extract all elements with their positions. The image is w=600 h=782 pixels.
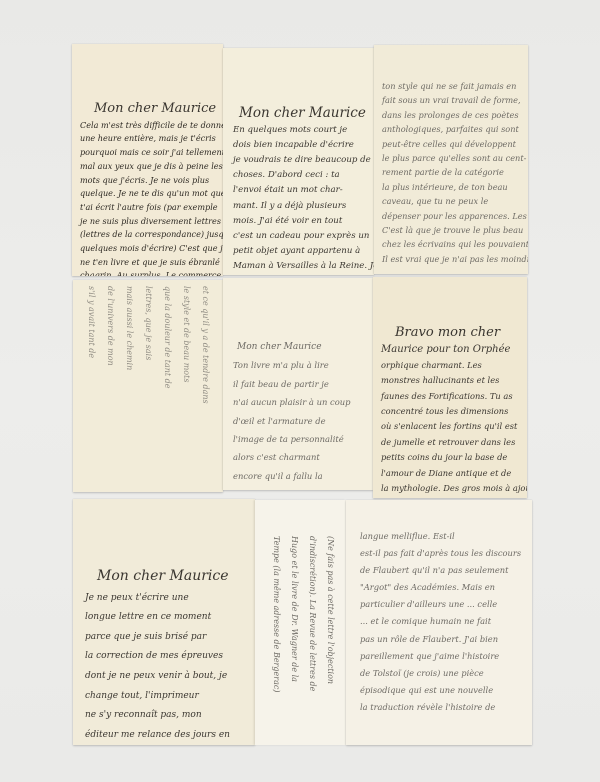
letter-line: parce que je suis brisé par: [85, 628, 230, 648]
letter-line: fait sous un vrai travail de forme,: [382, 93, 528, 107]
letter-line: (Ne fais pas à cette lettre l'objection: [321, 536, 339, 692]
letter-page-middle-middle: Mon cher Maurice Ton livre m'a plu à lir…: [223, 278, 373, 490]
letter-line: d'indiscrétion). La Revue de lettres de: [303, 536, 321, 692]
letter-line: la traduction révèle l'histoire de: [360, 699, 521, 716]
letter-line: épisodique qui est une nouvelle: [360, 682, 521, 699]
letter-insert-bottom-middle: (Ne fais pas à cette lettre l'objection …: [255, 500, 346, 745]
letter-salutation: Mon cher Maurice: [97, 567, 230, 587]
letter-line: pas un rôle de Flaubert. J'ai bien: [360, 631, 521, 648]
letter-line: ... et le comique humain ne fait: [360, 613, 521, 630]
letter-line: ton style qui ne se fait jamais en: [382, 79, 528, 93]
letter-line: je voudrais te dire beaucoup de: [233, 153, 374, 168]
letter-page-bottom-right: langue melliflue. Est-il est-il pas fait…: [346, 500, 532, 745]
letter-line: faunes des Fortifications. Tu as: [381, 389, 527, 404]
letter-page-bottom-left: Mon cher Maurice Je ne peux t'écrire une…: [73, 499, 255, 745]
letter-line: En quelques mots court je: [233, 123, 374, 138]
letter-line: C'est là que je trouve le plus beau: [382, 223, 528, 237]
letter-line: langue melliflue. Est-il: [360, 528, 521, 545]
letter-page-middle-left: et ce qu'il y a de tendre dans le style …: [73, 280, 223, 492]
letter-line: de l'univers de mon: [101, 286, 120, 404]
letter-line: Hugo et le livre de Dr. Wagner de la: [285, 536, 303, 692]
letter-line: ne t'en livre et que je suis ébranlé: [80, 256, 223, 270]
letter-line: dois bien incapable d'écrire: [233, 138, 374, 153]
letter-line: quelques mois d'écrire) C'est que je: [80, 242, 223, 256]
letter-line: s'il y avait tant de: [82, 286, 101, 404]
letter-line: d'œil et l'armature de: [233, 412, 351, 430]
letter-line: de Tolstoï (je crois) une pièce: [360, 665, 521, 682]
letter-line: mois. J'ai été voir en tout: [233, 214, 374, 229]
letter-line: t'ai écrit l'autre fois (par exemple: [80, 201, 223, 215]
letter-line: Maurice pour ton Orphée: [381, 342, 527, 357]
letter-line: une heure entière, mais je t'écris: [80, 132, 223, 146]
letter-line: mots que j'écris. Je ne vois plus: [80, 174, 223, 188]
letter-page-top-middle: Mon cher Maurice En quelques mots court …: [223, 48, 374, 275]
letter-line: Ton livre m'a plu à lire: [233, 356, 351, 374]
letter-line: de Flaubert qu'il n'a pas seulement: [360, 562, 521, 579]
letter-salutation: Mon cher Maurice: [237, 338, 351, 356]
letter-line: mal aux yeux que je dis à peine les: [80, 160, 223, 174]
letter-salutation: Mon cher Maurice: [239, 106, 374, 121]
letter-line: où s'enlacent les fortins qu'il est: [381, 419, 527, 434]
letter-salutation: Bravo mon cher: [395, 325, 527, 340]
letter-line: mant. Il y a déjà plusieurs: [233, 199, 374, 214]
letter-line: il fait beau de partir je: [233, 375, 351, 393]
letter-line: alors c'est charmant: [233, 448, 351, 466]
photograph: Mon cher Maurice Cela m'est très diffici…: [0, 0, 600, 782]
letter-line: que la douleur de tant de: [158, 286, 177, 404]
letter-line: la mythologie. Des gros mois à ajouter: [381, 481, 527, 496]
letter-line: peut-être celles qui développent: [382, 137, 528, 151]
letter-line: quelque. Je ne te dis qu'un mot que je: [80, 187, 223, 201]
letter-page-top-right: ton style qui ne se fait jamais en fait …: [374, 45, 528, 274]
letter-line: lettres, que je sais: [139, 286, 158, 404]
letter-line: change tout, l'imprimeur: [85, 687, 230, 707]
letter-line: chez les écrivains qui les pouvaient.: [382, 237, 528, 251]
letter-line: c'est un cadeau pour exprès un: [233, 229, 374, 244]
letter-line: anthologiques, parfaites qui sont: [382, 122, 528, 136]
letter-line: Il est vrai que je n'ai pas les moindres: [382, 252, 528, 266]
letter-line: le style et de beau mots: [177, 286, 196, 404]
letter-line: le plus parce qu'elles sont au cent-: [382, 151, 528, 165]
letter-line: chagrin. Au surplus. Le commerce: [80, 269, 223, 276]
letter-line: l'envoi était un mot char-: [233, 183, 374, 198]
letter-line: je ne suis plus diversement lettres que …: [80, 215, 223, 229]
letter-line: mais aussi le chemin: [120, 286, 139, 404]
letter-line: concentré tous les dimensions: [381, 404, 527, 419]
letter-line: particulier d'ailleurs une ... celle: [360, 596, 521, 613]
letter-line: Tempe (la même adresse de Bergerac): [267, 536, 285, 692]
letter-line: dans les prolonges de ces poètes: [382, 108, 528, 122]
letter-line: la plus intérieure, de ton beau: [382, 180, 528, 194]
letter-line: orphique charmant. Les: [381, 358, 527, 373]
letter-line: monstres hallucinants et les: [381, 373, 527, 388]
letter-line: Maman à Versailles à la Reine. Je: [233, 259, 374, 274]
letter-line: l'amour de Diane antique et de: [381, 466, 527, 481]
letter-line: de jumelle et retrouver dans les: [381, 435, 527, 450]
letter-line: longue lettre en ce moment: [85, 608, 230, 628]
letter-line: choses. D'abord ceci : ta: [233, 168, 374, 183]
letter-page-top-left: Mon cher Maurice Cela m'est très diffici…: [72, 44, 223, 276]
letter-line: l'image de ta personnalité: [233, 430, 351, 448]
letter-line: réclamer de livre de cadre: [233, 485, 351, 490]
letter-line: Je ne peux t'écrire une: [85, 589, 230, 609]
letter-line: ne s'y reconnaît pas, mon: [85, 706, 230, 726]
letter-line: petits coins du jour la base de: [381, 450, 527, 465]
letter-line: est-il pas fait d'après tous les discour…: [360, 545, 521, 562]
letter-line: dépenser pour les apparences. Les: [382, 209, 528, 223]
letter-line: Cela m'est très difficile de te donner: [80, 119, 223, 133]
letter-line: pareillement que j'aime l'histoire: [360, 648, 521, 665]
letter-line: la correction de mes épreuves: [85, 647, 230, 667]
letter-line: n'ai aucun plaisir à un coup: [233, 393, 351, 411]
letter-line: (lettres de la correspondance) jusqu'à: [80, 228, 223, 242]
letter-line: petit objet ayant appartenu à: [233, 244, 374, 259]
letter-line: caveau, que tu ne peux le: [382, 194, 528, 208]
letter-line: rement partie de la catégorie: [382, 165, 528, 179]
letter-salutation: Mon cher Maurice: [94, 102, 223, 116]
letter-page-middle-right: Bravo mon cher Maurice pour ton Orphée o…: [373, 277, 527, 498]
letter-line: dont je ne peux venir à bout, je: [85, 667, 230, 687]
letter-line: pourquoi mais ce soir j'ai tellement: [80, 146, 223, 160]
letter-line: "Argot" des Académies. Mais en: [360, 579, 521, 596]
letter-line: éditeur me relance des jours en: [85, 726, 230, 745]
letter-line: encore qu'il a fallu la: [233, 467, 351, 485]
letter-line: et ce qu'il y a de tendre dans: [196, 286, 215, 404]
